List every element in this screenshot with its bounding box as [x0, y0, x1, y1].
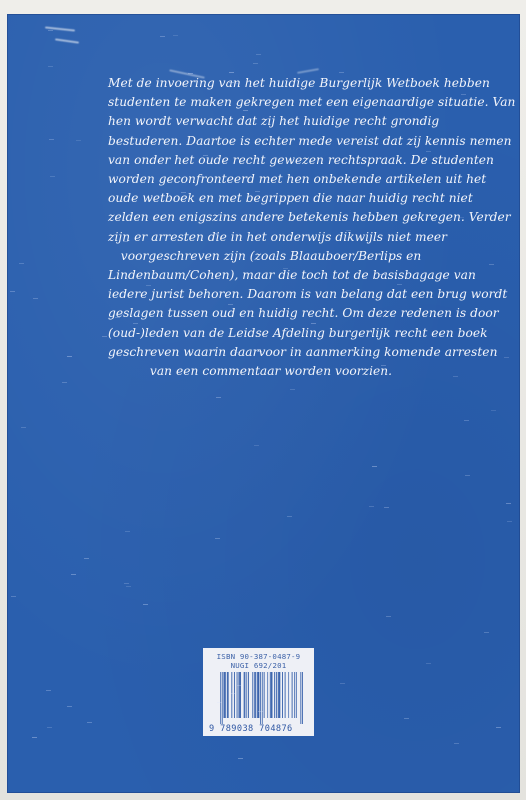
cover-texture-speck [229, 72, 234, 73]
blurb-line: geslagen tussen oud en huidig recht. Om … [108, 304, 434, 323]
blurb-line: hen wordt verwacht dat zij het huidige r… [108, 112, 434, 131]
blurb-line: studenten te maken gekregen met een eige… [108, 93, 434, 112]
cover-texture-speck [47, 727, 52, 728]
cover-texture-speck [48, 66, 53, 67]
cover-texture-speck [33, 298, 38, 299]
cover-texture-speck [19, 263, 24, 264]
cover-texture-speck [346, 230, 351, 231]
cover-texture-speck [143, 604, 148, 605]
cover-texture-speck [397, 284, 402, 285]
cover-texture-speck [87, 722, 92, 723]
isbn-label: ISBN 90-387-0487-9 [203, 652, 314, 661]
cover-texture-speck [181, 192, 186, 193]
cover-texture-speck [32, 737, 37, 738]
cover-texture-speck [229, 82, 234, 83]
cover-texture-speck [404, 718, 409, 719]
cover-texture-speck [49, 139, 54, 140]
cover-texture-speck [336, 118, 341, 119]
cover-texture-speck [454, 743, 459, 744]
cover-texture-speck [348, 143, 353, 144]
blurb-line: zijn er arresten die in het onderwijs di… [108, 228, 434, 247]
barcode-panel: ISBN 90-387-0487-9 NUGI 692/201 9 789038… [203, 648, 314, 736]
cover-texture-speck [48, 30, 53, 31]
cover-texture-speck [76, 140, 81, 141]
blurb-line: van onder het oude recht gewezen rechtsp… [108, 151, 434, 170]
cover-texture-speck [496, 727, 501, 728]
blurb-line: geschreven waarin daarvoor in aanmerking… [108, 343, 434, 362]
blurb-line: zelden een enigszins andere betekenis he… [108, 208, 434, 227]
cover-texture-speck [380, 274, 385, 275]
cover-texture-speck [464, 420, 469, 421]
cover-texture-speck [84, 558, 89, 559]
cover-texture-speck [273, 256, 278, 257]
cover-texture-speck [234, 83, 239, 84]
cover-texture-speck [115, 317, 120, 318]
cover-texture-speck [484, 632, 489, 633]
cover-texture-speck [258, 711, 263, 712]
cover-texture-speck [146, 285, 151, 286]
cover-texture-speck [253, 63, 258, 64]
cover-texture-speck [459, 217, 464, 218]
cover-texture-speck [62, 382, 67, 383]
cover-texture-speck [504, 357, 509, 358]
cover-texture-speck [426, 663, 431, 664]
cover-texture-speck [489, 264, 494, 265]
barcode-icon [220, 672, 303, 724]
cover-texture-speck [426, 151, 431, 152]
cover-texture-speck [381, 365, 386, 366]
cover-texture-speck [369, 506, 374, 507]
book-back-cover: Met de invoering van het huidige Burgerl… [7, 14, 520, 793]
cover-texture-speck [465, 475, 470, 476]
cover-texture-speck [257, 351, 262, 352]
cover-texture-speck [215, 538, 220, 539]
cover-texture-speck [102, 336, 107, 337]
back-cover-blurb: Met de invoering van het huidige Burgerl… [108, 74, 434, 381]
ean-number: 9 789038 704876 [209, 724, 314, 734]
cover-texture-speck [426, 143, 431, 144]
cover-texture-speck [216, 397, 221, 398]
cover-texture-speck [506, 503, 511, 504]
cover-texture-speck [507, 521, 512, 522]
cover-texture-speck [340, 683, 345, 684]
cover-texture-speck [234, 352, 239, 353]
cover-texture-speck [126, 586, 131, 587]
cover-texture-speck [311, 323, 316, 324]
blurb-line: oude wetboek en met begrippen die naar h… [108, 189, 434, 208]
blurb-line: Met de invoering van het huidige Burgerl… [108, 74, 434, 93]
cover-texture-speck [238, 758, 243, 759]
cover-texture-speck [256, 54, 261, 55]
cover-texture-speck [384, 507, 389, 508]
cover-texture-speck [46, 690, 51, 691]
cover-texture-speck [228, 304, 233, 305]
cover-texture-speck [283, 268, 288, 269]
blurb-line: voorgeschreven zijn (zoals Blaauboer/Ber… [108, 247, 434, 266]
cover-texture-speck [123, 241, 128, 242]
cover-texture-speck [287, 516, 292, 517]
cover-texture-speck [125, 531, 130, 532]
cover-texture-speck [67, 356, 72, 357]
cover-texture-speck [231, 693, 236, 694]
cover-texture-speck [461, 94, 466, 95]
cover-texture-speck [21, 427, 26, 428]
blurb-line: iedere jurist behoren. Daarom is van bel… [108, 285, 434, 304]
cover-texture-speck [255, 191, 260, 192]
cover-texture-speck [71, 574, 76, 575]
cover-texture-speck [379, 219, 384, 220]
cover-texture-speck [386, 616, 391, 617]
cover-texture-speck [10, 291, 15, 292]
cover-texture-speck [50, 176, 55, 177]
plastic-glare [55, 38, 79, 43]
cover-texture-speck [173, 35, 178, 36]
cover-texture-speck [203, 155, 208, 156]
blurb-line: (oud-)leden van de Leidse Afdeling burge… [108, 324, 434, 343]
blurb-line: worden geconfronteerd met hen onbekende … [108, 170, 434, 189]
cover-texture-speck [290, 389, 295, 390]
cover-texture-speck [160, 36, 165, 37]
cover-texture-speck [214, 233, 219, 234]
nugi-label: NUGI 692/201 [203, 661, 314, 670]
cover-texture-speck [339, 72, 344, 73]
cover-texture-speck [453, 376, 458, 377]
cover-texture-speck [133, 323, 138, 324]
cover-texture-speck [237, 685, 242, 686]
cover-texture-speck [243, 110, 248, 111]
cover-texture-speck [67, 706, 72, 707]
cover-texture-speck [124, 583, 129, 584]
blurb-line: Lindenbaum/Cohen), maar die toch tot de … [108, 266, 434, 285]
cover-texture-speck [188, 73, 193, 74]
blurb-line: bestuderen. Daartoe is echter mede verei… [108, 132, 434, 151]
cover-texture-speck [322, 80, 327, 81]
cover-texture-speck [254, 445, 259, 446]
cover-texture-speck [119, 314, 124, 315]
cover-texture-speck [217, 702, 222, 703]
cover-texture-speck [11, 596, 16, 597]
cover-texture-speck [491, 410, 496, 411]
cover-texture-speck [130, 355, 135, 356]
cover-texture-speck [372, 466, 377, 467]
